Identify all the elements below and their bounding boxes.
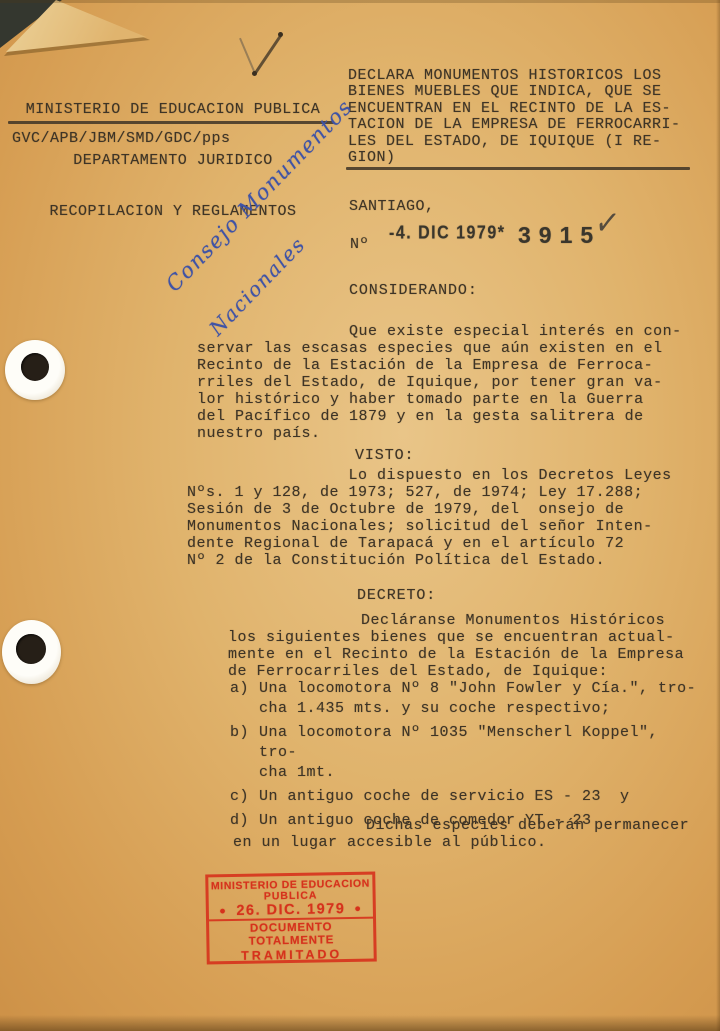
section-decreto-heading: DECRETO: bbox=[357, 587, 436, 604]
tramitado-stamp: MINISTERIO DE EDUCACION PUBLICA ● 26. DI… bbox=[205, 872, 377, 965]
decree-item-a: a) Una locomotora Nº 8 "John Fowler y Cí… bbox=[230, 679, 700, 719]
decree-item-c: c) Un antiguo coche de servicio ES - 23 … bbox=[230, 787, 700, 807]
stamp-bottom-section: DOCUMENTO TOTALMENTE TRAMITADO bbox=[209, 917, 374, 964]
paper-edge-bottom bbox=[0, 1015, 720, 1031]
paper-edge-top bbox=[0, 0, 720, 3]
subject-block: DECLARA MONUMENTOS HISTORICOS LOS BIENES… bbox=[348, 68, 693, 166]
hole-punch-bore bbox=[21, 353, 49, 381]
section-considerando-heading: CONSIDERANDO: bbox=[349, 282, 478, 299]
hole-punch-bottom bbox=[2, 620, 61, 684]
letterhead-line3: RECOPILACION Y REGLAMENTOS bbox=[12, 203, 334, 220]
considerando-paragraph: Que existe especial interés en con- serv… bbox=[197, 323, 697, 442]
closing-paragraph: Dichas especies deberán permanecer en un… bbox=[233, 817, 703, 851]
decree-item-b: b) Una locomotora Nº 1035 "Menscherl Kop… bbox=[230, 723, 700, 783]
decree-item-label: a) bbox=[230, 679, 259, 719]
staple-hole-dot bbox=[252, 71, 257, 76]
decree-item-text: Una locomotora Nº 8 "John Fowler y Cía."… bbox=[259, 679, 696, 719]
decree-item-label: c) bbox=[230, 787, 259, 807]
scanned-document-page: MINISTERIO DE EDUCACION PUBLICA DEPARTAM… bbox=[0, 0, 720, 1031]
stamp-dot-right-icon: ● bbox=[354, 901, 362, 917]
letterhead-line1: MINISTERIO DE EDUCACION PUBLICA bbox=[12, 101, 334, 118]
reference-code: GVC/APB/JBM/SMD/GDC/pps bbox=[12, 130, 231, 147]
decreto-paragraph: Decláranse Monumentos Históricos los sig… bbox=[228, 612, 708, 680]
decree-number: 3915 bbox=[518, 222, 601, 249]
stamp-documento-line: DOCUMENTO TOTALMENTE bbox=[209, 921, 373, 950]
hole-punch-bore bbox=[16, 634, 46, 664]
decree-item-label: b) bbox=[230, 723, 259, 783]
paper-edge-right bbox=[716, 0, 720, 1031]
decree-item-list: a) Una locomotora Nº 8 "John Fowler y Cí… bbox=[230, 679, 700, 835]
section-visto-heading: VISTO: bbox=[355, 447, 414, 464]
checkmark-icon: ✓ bbox=[592, 201, 621, 245]
letterhead-underline bbox=[8, 121, 334, 124]
hole-punch-top bbox=[5, 340, 65, 400]
decree-item-text: Una locomotora Nº 1035 "Menscherl Koppel… bbox=[259, 723, 700, 783]
paper-sheet: MINISTERIO DE EDUCACION PUBLICA DEPARTAM… bbox=[0, 0, 720, 1031]
decree-item-text: Un antiguo coche de servicio ES - 23 y bbox=[259, 787, 630, 807]
staple-hole-dot bbox=[278, 32, 283, 37]
date-stamp: -4. DIC 1979* bbox=[389, 224, 505, 245]
subject-underline bbox=[346, 167, 690, 170]
city-line: SANTIAGO, bbox=[349, 198, 435, 215]
stamp-tramitado-line: TRAMITADO bbox=[210, 947, 374, 964]
stamp-dot-left-icon: ● bbox=[219, 903, 227, 919]
visto-paragraph: Lo dispuesto en los Decretos Leyes Nºs. … bbox=[187, 467, 697, 569]
decree-number-label: Nº bbox=[350, 236, 369, 253]
stamp-date: 26. DIC. 1979 bbox=[236, 901, 345, 919]
